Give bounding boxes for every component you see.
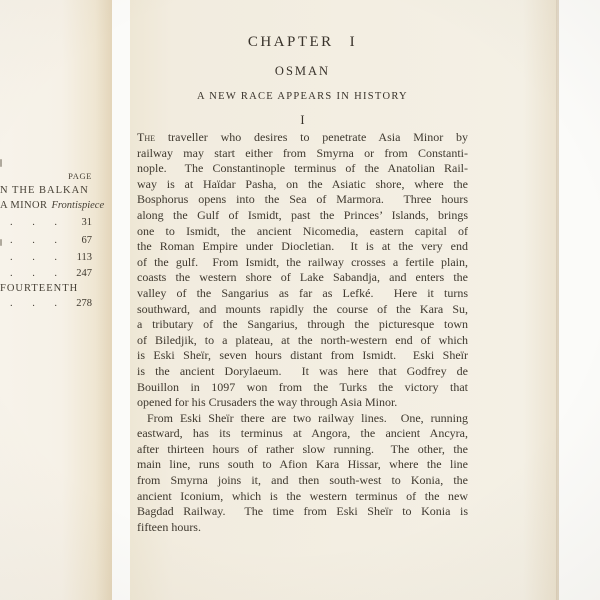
chapter-heading: CHAPTERI (137, 34, 468, 51)
body-text: The traveller who desires to penetrate A… (137, 130, 468, 535)
cut-text-fragment (0, 159, 2, 167)
page-edge (556, 0, 559, 600)
body-line: after thirteen hours of rather slow runn… (137, 442, 468, 458)
toc-row: ... 67 (0, 235, 92, 246)
toc-entry-text: A MINOR (0, 200, 47, 211)
body-line: Bagdad Railway. The time from Eski Sheïr… (137, 504, 468, 520)
lead-word: The (137, 130, 155, 144)
body-line: The traveller who desires to penetrate A… (137, 130, 468, 146)
body-line: along the Gulf of Ismidt, past the Princ… (137, 208, 468, 224)
body-line: fifteen hours. (137, 520, 468, 536)
toc-page-number: 278 (66, 298, 92, 309)
body-line: eastward, has its terminus at Angora, th… (137, 426, 468, 442)
body-line: a tributary of the Sangarius, through th… (137, 317, 468, 333)
toc-page-number: 113 (66, 252, 92, 263)
toc-dot-leader: ... (0, 217, 66, 228)
toc-entry-fragment-minor: A MINORFrontispiece (0, 200, 92, 211)
body-line: Bosphorus opens into the Sea of Marmora.… (137, 192, 468, 208)
chapter-label: CHAPTER (248, 34, 334, 50)
toc-row: ... 31 (0, 217, 92, 228)
toc-entry-fragment-fourteenth: FOURTEENTH (0, 283, 92, 294)
toc-page-column-label: PAGE (0, 171, 94, 181)
body-line: one to Ismidt, the ancient Nicomedia, ea… (137, 224, 468, 240)
toc-row: ... 113 (0, 252, 92, 263)
body-line: From Eski Sheïr there are two railway li… (137, 411, 468, 427)
body-line: nople. The Constantinople terminus of th… (137, 161, 468, 177)
toc-dot-leader: ... (0, 252, 66, 263)
chapter-subtitle: A NEW RACE APPEARS IN HISTORY (137, 91, 468, 102)
body-line: southward, and mounts rapidly the course… (137, 302, 468, 318)
body-line: of Biledjik, to a plateau, at the north-… (137, 333, 468, 349)
chapter-numeral: I (350, 34, 358, 50)
body-line: way is at Haïdar Pasha, on the Asiatic s… (137, 177, 468, 193)
body-line: railway may start either from Smyrna or … (137, 146, 468, 162)
toc-page-number: 67 (66, 235, 92, 246)
toc-dot-leader: ... (0, 298, 66, 309)
body-line: is the ancient Dorylaeum. It was here th… (137, 364, 468, 380)
cut-text-fragment (0, 239, 2, 246)
toc-row: ... 278 (0, 298, 92, 309)
toc-dot-leader: ... (0, 235, 66, 246)
toc-dot-leader: ... (0, 268, 66, 279)
body-line: ancient Iconium, which is the western te… (137, 489, 468, 505)
chapter-title: OSMAN (137, 64, 468, 79)
body-line: from Smyrna joins it, and then south-wes… (137, 473, 468, 489)
body-line: opened for his Crusaders the way through… (137, 395, 468, 411)
toc-page-number: 31 (66, 217, 92, 228)
body-line: of the gulf. From Ismidt, the railway cr… (137, 255, 468, 271)
body-line: coasts the western shore of Lake Sabandj… (137, 270, 468, 286)
toc-row: ... 247 (0, 268, 92, 279)
toc-page-number: 247 (66, 268, 92, 279)
toc-entry-fragment-balkan: N THE BALKAN (0, 185, 92, 196)
section-numeral: I (137, 113, 468, 128)
body-line: main line, runs south to Afion Kara Hiss… (137, 457, 468, 473)
body-line: the Roman Empire under Diocletian. It is… (137, 239, 468, 255)
body-line: valley of the Sangarius as far as Lefké.… (137, 286, 468, 302)
body-line: Bouillon in 1097 won from the Turks the … (137, 380, 468, 396)
toc-frontispiece-label: Frontispiece (51, 200, 104, 211)
body-line: is Eski Sheïr, seven hours distant from … (137, 348, 468, 364)
book-photo: PAGE N THE BALKAN A MINORFrontispiece ..… (0, 0, 600, 600)
